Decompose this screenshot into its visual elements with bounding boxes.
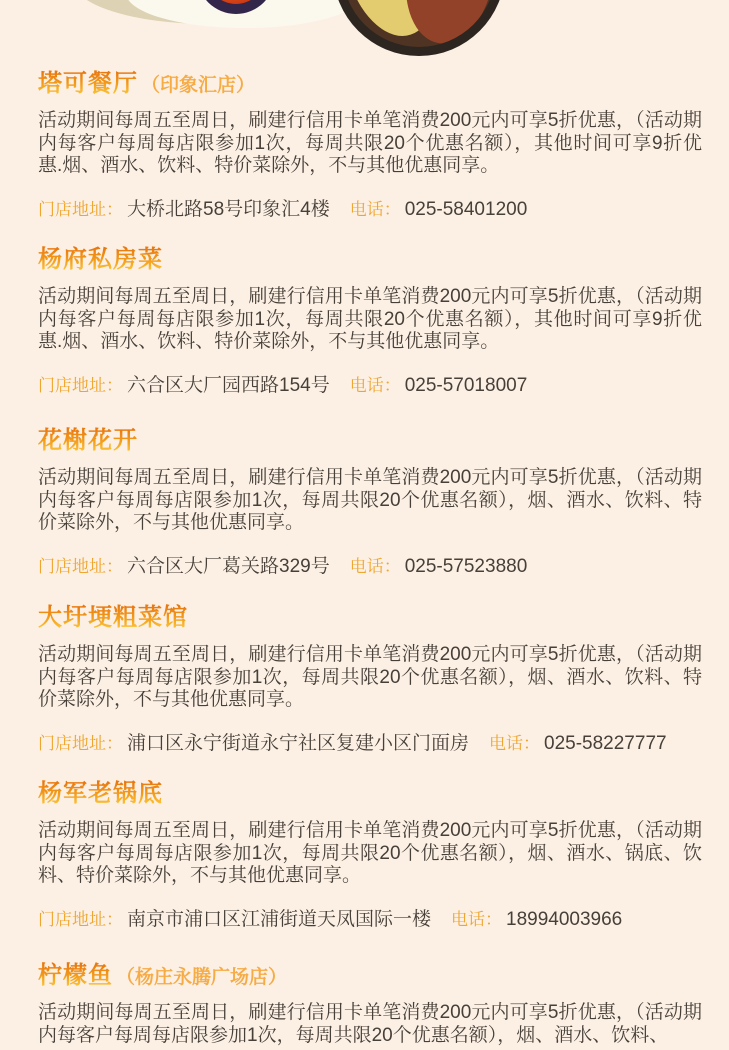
phone-label: 电话：: [350, 376, 401, 395]
merchant-description: 活动期间每周五至周日，刷建行信用卡单笔消费200元内可享5折优惠，（活动期内每客…: [38, 820, 702, 888]
merchant-description: 活动期间每周五至周日，刷建行信用卡单笔消费200元内可享5折优惠，（活动期内每客…: [38, 286, 702, 354]
merchant-contact: 门店地址：六合区大厂园西路154号电话：025-57018007: [38, 374, 702, 397]
phone-value: 025-57018007: [405, 375, 528, 396]
merchant-description: 活动期间每周五至周日，刷建行信用卡单笔消费200元内可享5折优惠，（活动期内每客…: [38, 644, 702, 712]
phone-value: 025-57523880: [405, 556, 528, 577]
address-label: 门店地址：: [38, 557, 123, 576]
phone-value: 025-58401200: [405, 199, 528, 220]
merchant-name: 大圩埂粗菜馆: [38, 604, 188, 631]
address-label: 门店地址：: [38, 910, 123, 929]
merchant-title: 大圩埂粗菜馆: [38, 604, 702, 634]
salad-bowl-photo: [333, 0, 505, 56]
merchant-section-6: 柠檬鱼（杨庄永腾广场店） 活动期间每周五至周日，刷建行信用卡单笔消费200元内可…: [38, 962, 702, 1047]
merchant-description: 活动期间每周五至周日，刷建行信用卡单笔消费200元内可享5折优惠，（活动期内每客…: [38, 467, 702, 535]
merchant-contact: 门店地址：南京市浦口区江浦街道天凤国际一楼电话：18994003966: [38, 908, 702, 931]
merchant-title: 杨军老锅底: [38, 780, 702, 810]
phone-label: 电话：: [350, 200, 401, 219]
address-label: 门店地址：: [38, 376, 123, 395]
merchant-contact: 门店地址：六合区大厂葛关路329号电话：025-57523880: [38, 555, 702, 578]
tomato-dish: [207, 0, 265, 4]
merchant-description: 活动期间每周五至周日，刷建行信用卡单笔消费200元内可享5折优惠，（活动期内每客…: [38, 1002, 702, 1047]
merchant-section-2: 杨府私房菜 活动期间每周五至周日，刷建行信用卡单笔消费200元内可享5折优惠，（…: [38, 246, 702, 397]
merchant-title: 花榭花开: [38, 427, 702, 457]
phone-label: 电话：: [350, 557, 401, 576]
merchant-name: 塔可餐厅: [38, 70, 138, 97]
merchant-branch: （印象汇店）: [141, 75, 255, 96]
address-label: 门店地址：: [38, 200, 123, 219]
address-value: 六合区大厂葛关路329号: [127, 556, 330, 577]
merchant-contact: 门店地址：大桥北路58号印象汇4楼电话：025-58401200: [38, 198, 702, 221]
address-value: 六合区大厂园西路154号: [127, 375, 330, 396]
merchant-name: 柠檬鱼: [38, 962, 113, 989]
merchant-branch: （杨庄永腾广场店）: [116, 967, 287, 988]
merchant-title: 塔可餐厅（印象汇店）: [38, 70, 702, 100]
merchant-name: 杨府私房菜: [38, 246, 163, 273]
merchant-name: 花榭花开: [38, 427, 138, 454]
merchant-title: 杨府私房菜: [38, 246, 702, 276]
merchant-section-3: 花榭花开 活动期间每周五至周日，刷建行信用卡单笔消费200元内可享5折优惠，（活…: [38, 427, 702, 578]
promo-page: 塔可餐厅（印象汇店） 活动期间每周五至周日，刷建行信用卡单笔消费200元内可享5…: [0, 0, 729, 1050]
address-value: 浦口区永宁街道永宁社区复建小区门面房: [127, 733, 469, 754]
merchant-section-4: 大圩埂粗菜馆 活动期间每周五至周日，刷建行信用卡单笔消费200元内可享5折优惠，…: [38, 604, 702, 755]
address-value: 南京市浦口区江浦街道天凤国际一楼: [127, 909, 431, 930]
address-label: 门店地址：: [38, 734, 123, 753]
merchant-name: 杨军老锅底: [38, 780, 163, 807]
merchant-section-5: 杨军老锅底 活动期间每周五至周日，刷建行信用卡单笔消费200元内可享5折优惠，（…: [38, 780, 702, 931]
address-value: 大桥北路58号印象汇4楼: [127, 199, 330, 220]
phone-value: 18994003966: [506, 909, 622, 930]
phone-label: 电话：: [489, 734, 540, 753]
merchant-contact: 门店地址：浦口区永宁街道永宁社区复建小区门面房电话：025-58227777: [38, 732, 702, 755]
phone-value: 025-58227777: [544, 733, 667, 754]
merchant-title: 柠檬鱼（杨庄永腾广场店）: [38, 962, 702, 992]
salad-bowl-contents: [342, 0, 496, 47]
merchant-section-1: 塔可餐厅（印象汇店） 活动期间每周五至周日，刷建行信用卡单笔消费200元内可享5…: [38, 70, 702, 221]
merchant-description: 活动期间每周五至周日，刷建行信用卡单笔消费200元内可享5折优惠，（活动期内每客…: [38, 110, 702, 178]
phone-label: 电话：: [451, 910, 502, 929]
